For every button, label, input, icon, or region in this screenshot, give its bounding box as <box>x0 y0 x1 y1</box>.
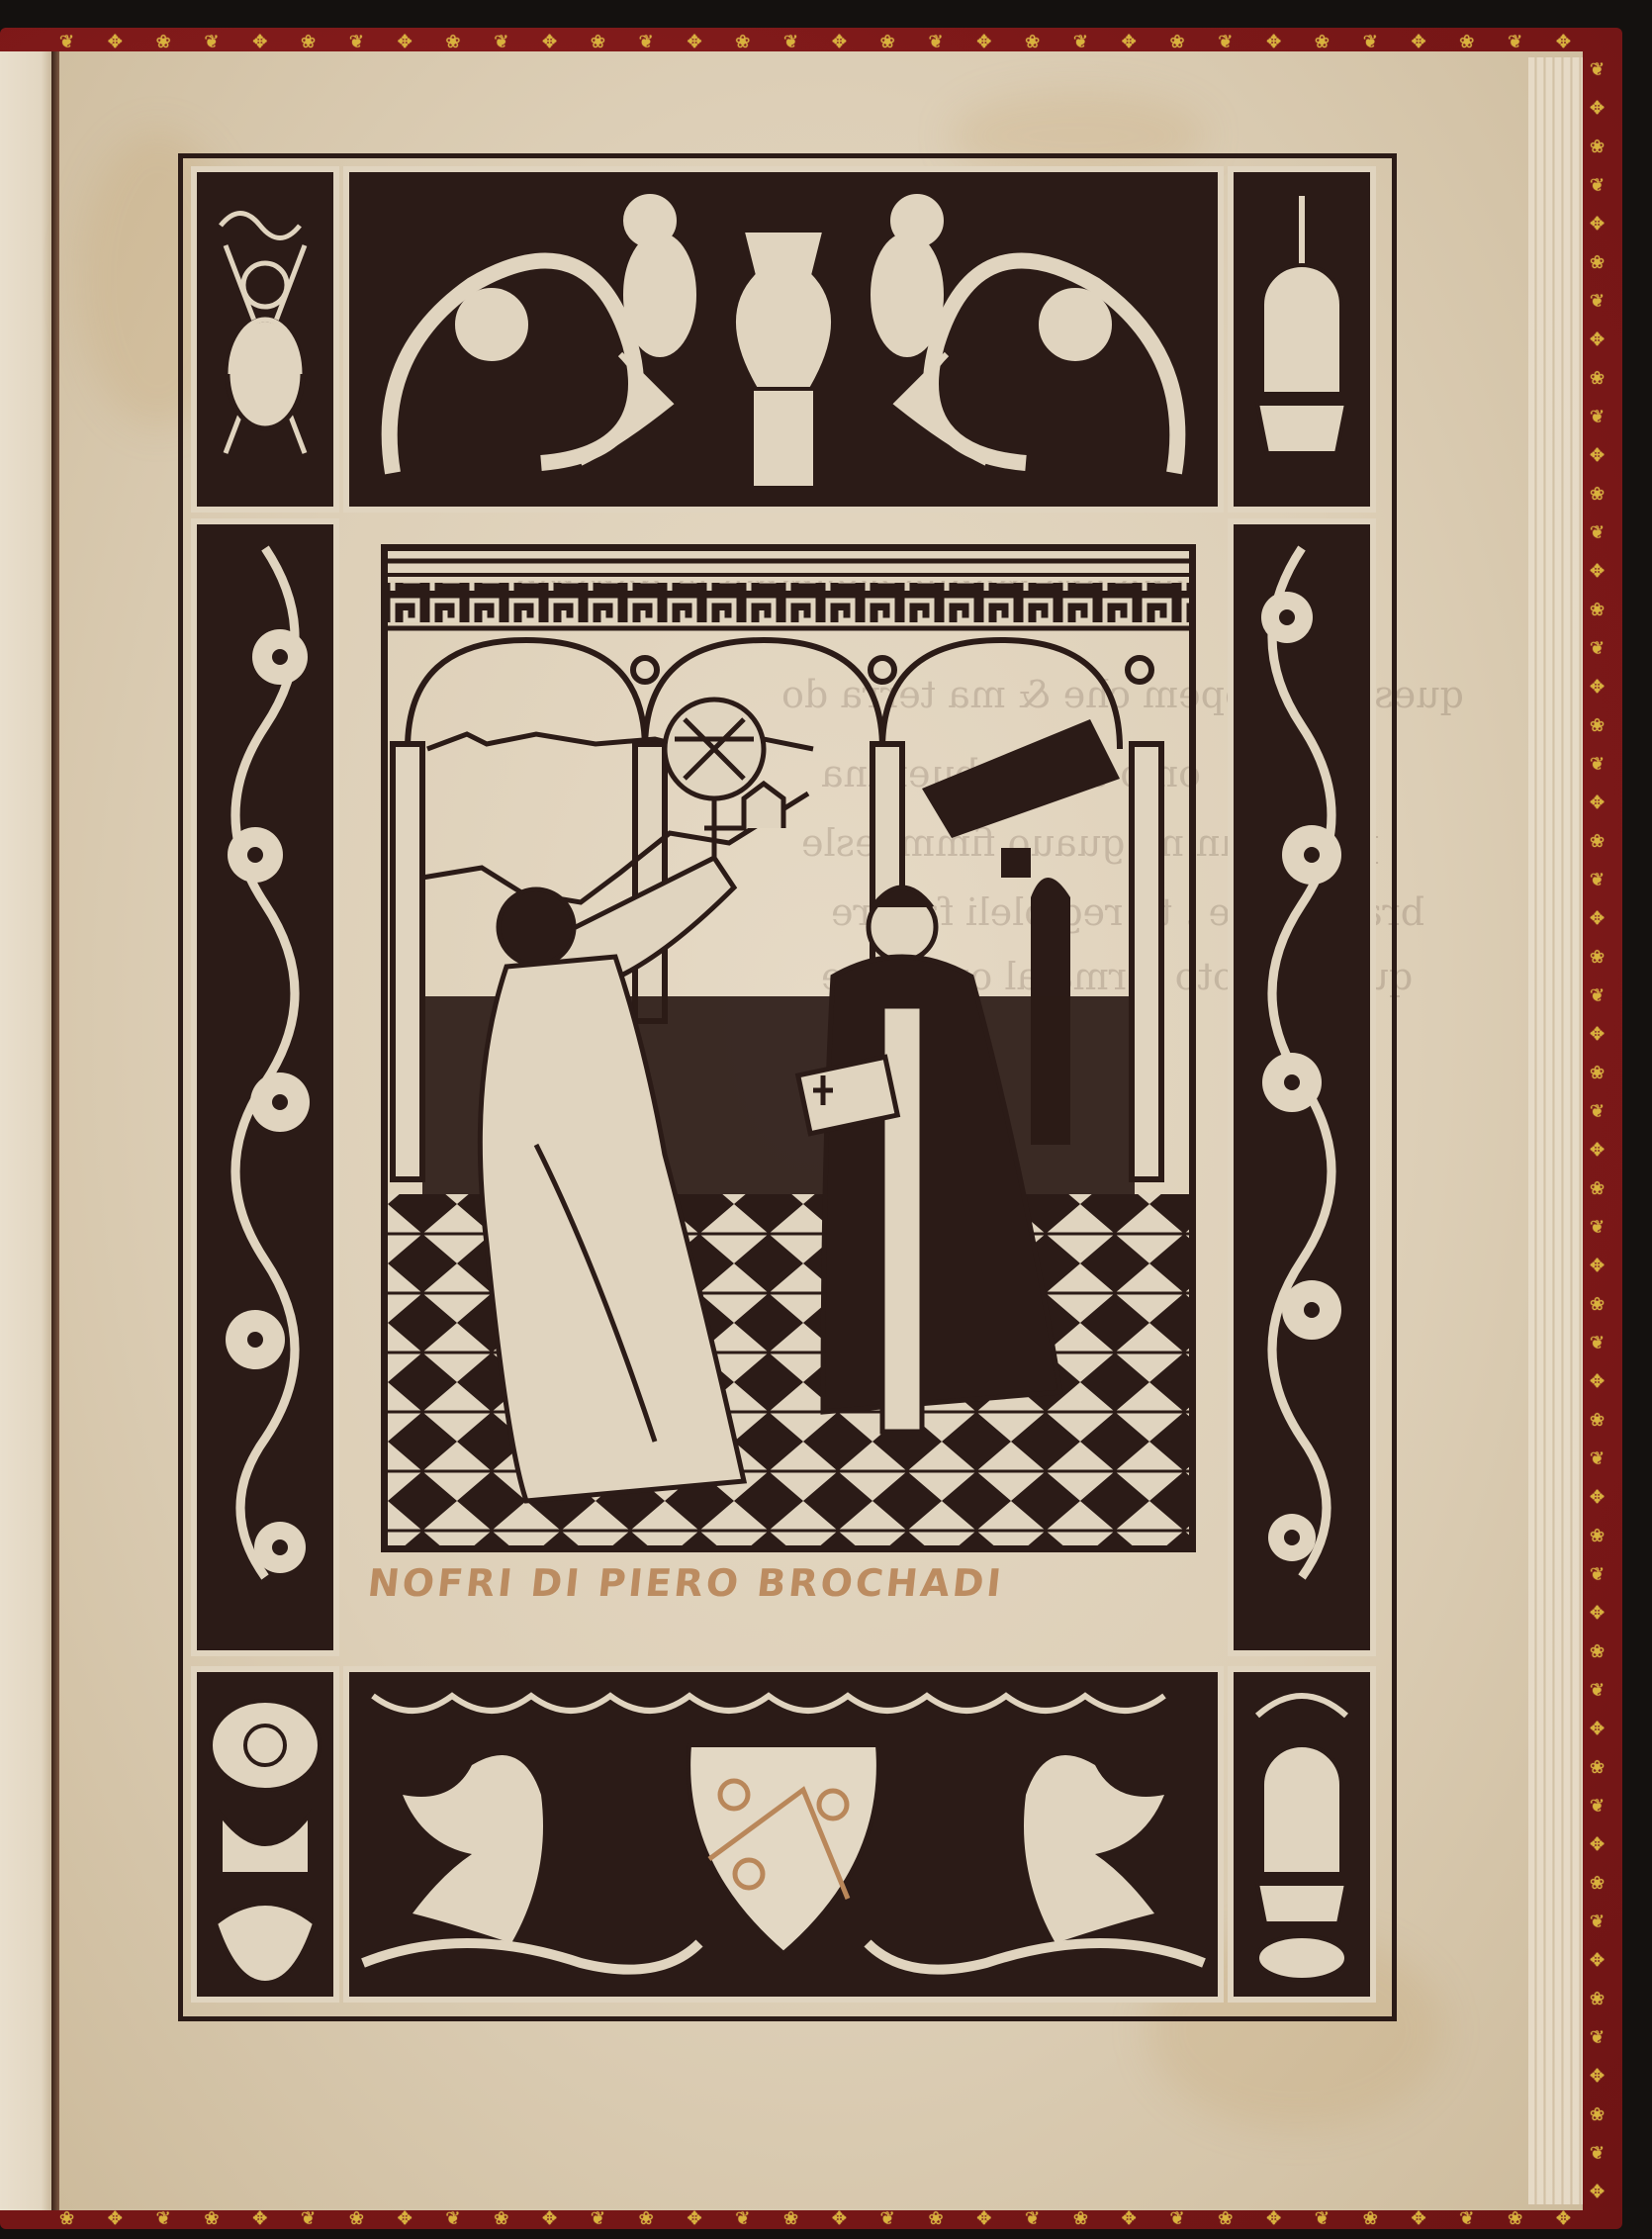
book-gutter <box>51 51 59 2210</box>
scene-artwork <box>388 551 1189 1545</box>
cuirass-trophy-icon <box>1238 1676 1366 1993</box>
bottom-panel-eagles-arms <box>349 1672 1218 1997</box>
helmet-trophy-icon <box>1238 176 1366 503</box>
gilt-tooling-bottom: ❀ ✥ ❦ ❀ ✥ ❦ ❀ ✥ ❦ ❀ ✥ ❦ ❀ ✥ ❦ ❀ ✥ ❦ ❀ ✥ … <box>59 2208 1603 2230</box>
armour-trophy-icon <box>201 176 329 503</box>
corner-panel-armour-top-left <box>197 172 333 507</box>
gilt-tooling-right: ❦✥❀❦✥❀❦✥❀❦✥❀❦✥❀❦✥❀❦✥❀❦✥❀❦✥❀❦✥❀❦✥❀❦✥❀❦✥❀❦… <box>1585 59 1608 2206</box>
facing-page-edge <box>0 51 51 2210</box>
right-panel-floral-vine <box>1234 524 1370 1650</box>
woodcut-illustration <box>183 158 1400 2028</box>
shield-icon <box>688 1745 878 1953</box>
manuscript-ownership-inscription: NOFRI DI PIERO BROCHADI <box>366 1561 1006 1605</box>
putti-vase-scroll-icon <box>353 176 1214 503</box>
floral-vine-icon <box>1238 528 1366 1646</box>
corner-panel-armour-bottom-right <box>1234 1672 1370 1997</box>
woodcut-scene-astronomer <box>381 544 1196 1552</box>
corner-panel-rosette-bottom-left <box>197 1672 333 1997</box>
eagles-and-shield-icon <box>353 1676 1214 1993</box>
left-panel-floral-vine <box>197 524 333 1650</box>
corner-panel-helmet-top-right <box>1234 172 1370 507</box>
page-fore-edges <box>1528 57 1583 2204</box>
gilt-tooling-top: ❦ ✥ ❀ ❦ ✥ ❀ ❦ ✥ ❀ ❦ ✥ ❀ ❦ ✥ ❀ ❦ ✥ ❀ ❦ ✥ … <box>59 32 1603 53</box>
rosette-ornament-icon <box>201 1676 329 1993</box>
top-panel-putti-vase <box>349 172 1218 507</box>
floral-vine-icon <box>201 528 329 1646</box>
